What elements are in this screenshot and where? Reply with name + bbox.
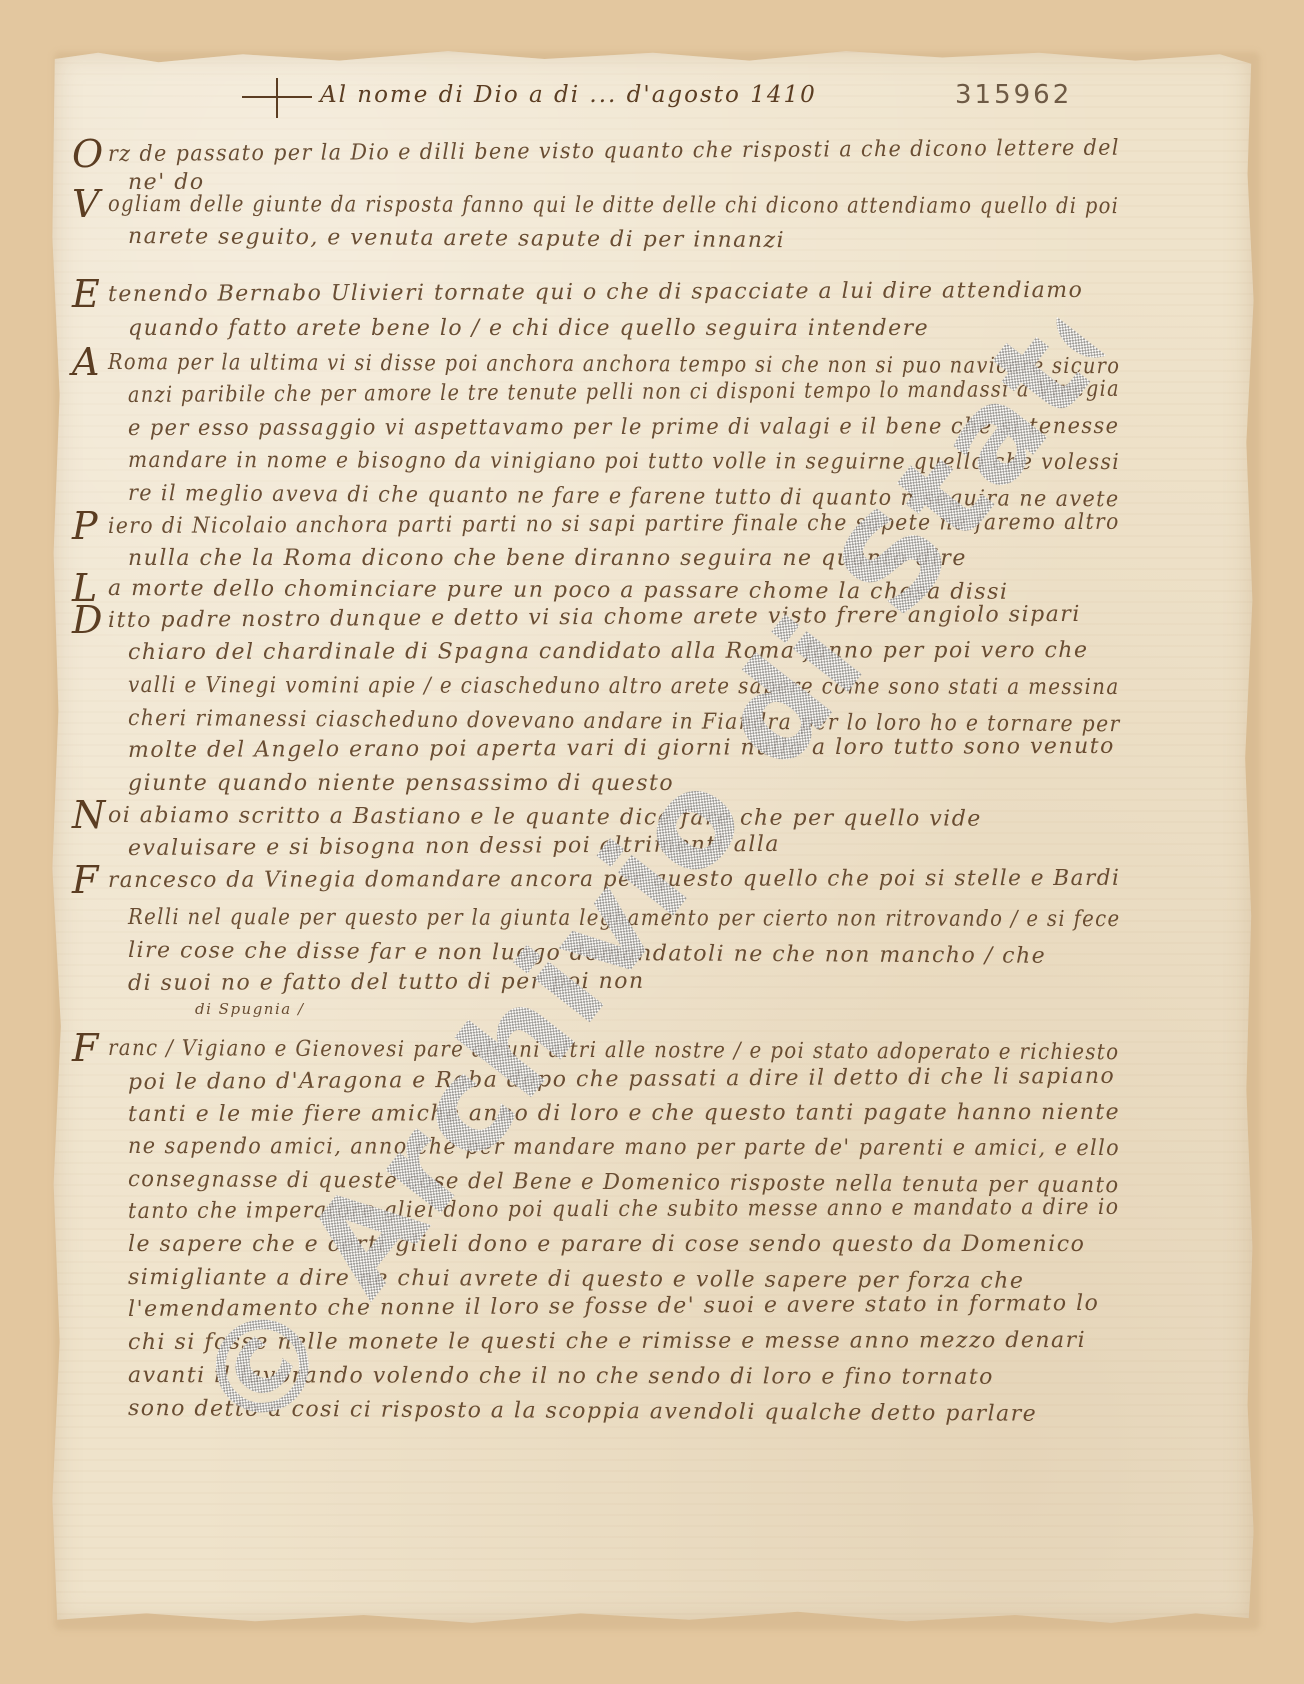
letter-invocation: Al nome di Dio a di ... d'agosto 1410 — [320, 82, 817, 108]
manuscript-line: ogliam delle giunte da risposta fanno qu… — [108, 192, 1119, 219]
manuscript-line: le sapere che e certi glieli dono e para… — [128, 1232, 1085, 1257]
archive-number: 315962 — [955, 80, 1072, 110]
manuscript-line: mandare in nome e bisogno da vinigiano p… — [128, 448, 1120, 475]
manuscript-line: di suoi no e fatto del tutto di per poi … — [128, 969, 645, 996]
manuscript-line: simigliante a dire ne chui avrete di que… — [128, 1265, 1024, 1294]
interlinear-note: di Spugnia / — [195, 1000, 305, 1018]
manuscript-line: iero di Nicolaio anchora parti parti no … — [108, 510, 1120, 539]
manuscript-line: narete seguito, e venuta arete sapute di… — [128, 224, 785, 253]
manuscript-line: quando fatto arete bene lo / e chi dice … — [128, 316, 929, 341]
paragraph-initial: V — [72, 182, 99, 226]
paragraph-initial: A — [72, 340, 99, 384]
manuscript-line: rancesco da Vinegia domandare ancora per… — [108, 866, 1120, 893]
manuscript-line: chiaro del chardinale di Spagna candidat… — [128, 638, 1089, 665]
paragraph-initial: F — [72, 1026, 98, 1070]
manuscript-line: e per esso passaggio vi aspettavamo per … — [128, 414, 1120, 441]
manuscript-line: evaluisare e si bisogna non dessi poi al… — [128, 832, 780, 861]
manuscript-line: tanti e le mie fiere amiche anno di loro… — [128, 1100, 1120, 1127]
manuscript-line: Relli nel quale per questo per la giunta… — [128, 905, 1121, 932]
manuscript-line: Roma per la ultima vi si disse poi ancho… — [108, 350, 1120, 379]
paragraph-initial: O — [72, 132, 103, 176]
manuscript-line: avanti il lavorando volendo che il no ch… — [128, 1363, 994, 1390]
manuscript-line: a morte dello chominciare pure un poco a… — [108, 576, 1009, 605]
manuscript-line: tanto che imperatore gliel dono poi qual… — [128, 1195, 1120, 1224]
manuscript-line: nulla che la Roma dicono che bene dirann… — [128, 546, 967, 571]
manuscript-line: ne sapendo amici, anno che per mandare m… — [128, 1134, 1120, 1161]
manuscript-line: oi abiamo scritto a Bastiano e le quante… — [108, 803, 982, 832]
manuscript-line: giunte quando niente pensassimo di quest… — [128, 771, 674, 796]
manuscript-line: molte del Angelo erano poi aperta vari d… — [128, 734, 1115, 763]
manuscript-line: ranc / Vigiano e Gienovesi pare alcuni a… — [108, 1036, 1119, 1065]
paragraph-initial: N — [72, 793, 105, 837]
cross-icon-vertical — [276, 78, 278, 118]
paragraph-initial: D — [72, 598, 102, 642]
manuscript-line: valli e Vinegi vomini apie / e ciaschedu… — [128, 673, 1120, 700]
manuscript-line: chi si fosse nelle monete le questi che … — [128, 1328, 1086, 1355]
paragraph-initial: P — [72, 504, 98, 548]
paragraph-initial: E — [72, 272, 100, 316]
paragraph-initial: F — [72, 858, 98, 902]
manuscript-line: tenendo Bernabo Ulivieri tornate qui o c… — [108, 278, 1083, 307]
